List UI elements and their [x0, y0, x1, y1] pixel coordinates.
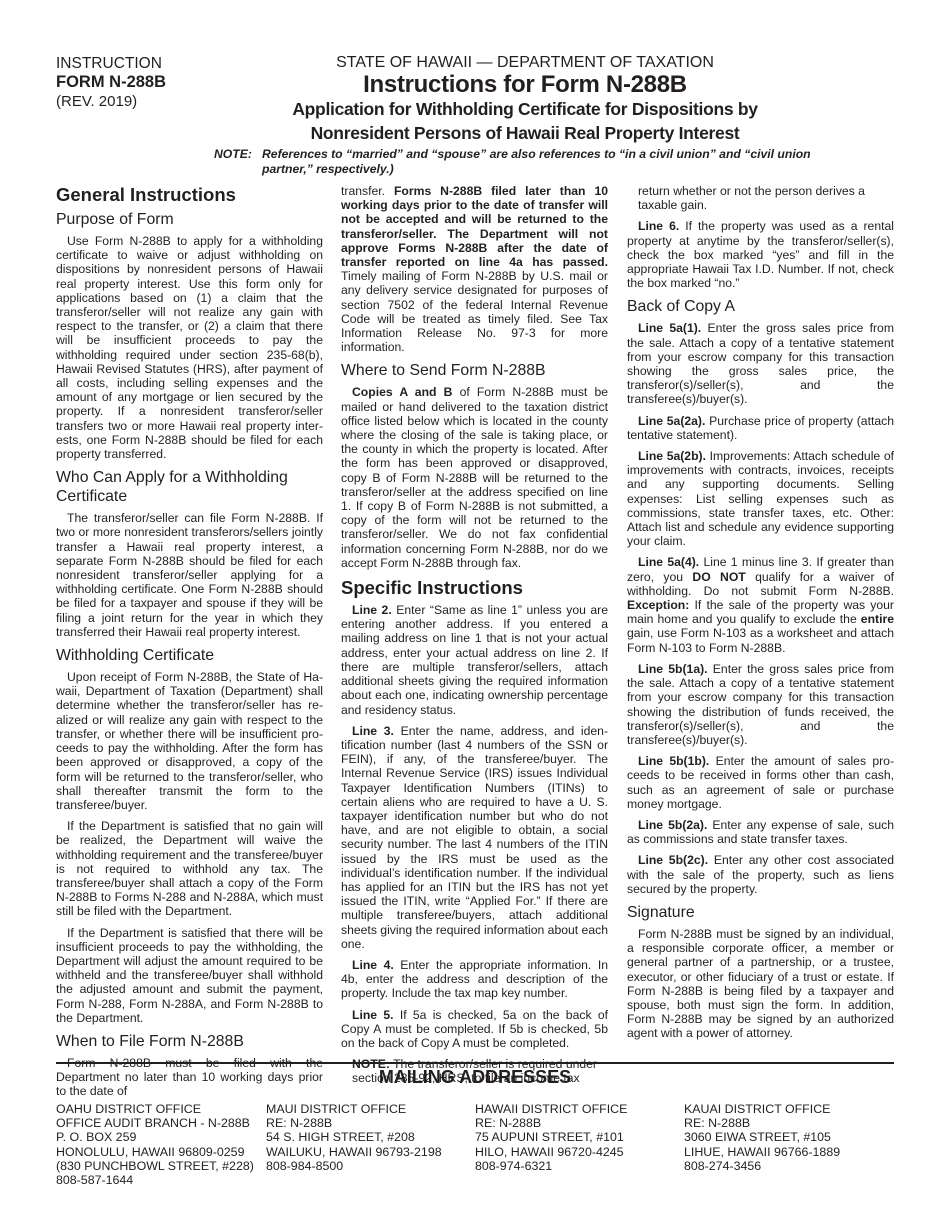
line-4-instruction: Line 4. Enter the appropriate informatio…	[341, 958, 608, 1001]
header-note: NOTE: References to “married” and “spous…	[214, 147, 824, 176]
purpose-text: Use Form N-288B to apply for a withholdi…	[56, 234, 323, 461]
address-line: LIHUE, HAWAII 96766-1889	[684, 1145, 840, 1159]
office-name: KAUAI DISTRICT OFFICE	[684, 1102, 840, 1116]
address-line: HILO, HAWAII 96720-4245	[475, 1145, 627, 1159]
address-line: RE: N-288B	[266, 1116, 442, 1130]
page-subtitle-line-2: Nonresident Persons of Hawaii Real Prope…	[240, 122, 810, 145]
withholding-certificate-p2: If the Department is satisfied that no g…	[56, 819, 323, 918]
address-line: 75 AUPUNI STREET, #101	[475, 1130, 627, 1144]
hawaii-office-address: HAWAII DISTRICT OFFICE RE: N-288B 75 AUP…	[475, 1102, 627, 1173]
withholding-certificate-p1: Upon receipt of Form N-288B, the State o…	[56, 670, 323, 812]
address-line: WAILUKU, HAWAII 96793-2198	[266, 1145, 442, 1159]
when-to-file-text-continued: transfer. Forms N-288B filed later than …	[341, 184, 608, 354]
phone-number: 808-974-6321	[475, 1159, 627, 1173]
line-5b2c-instruction: Line 5b(2c). Enter any other cost associ…	[627, 853, 894, 896]
address-line: (830 PUNCHBOWL STREET, #228)	[56, 1159, 254, 1173]
phone-number: 808-587-1644	[56, 1173, 254, 1187]
column-1: General Instructions Purpose of Form Use…	[56, 184, 323, 1106]
address-line: RE: N-288B	[684, 1116, 840, 1130]
general-instructions-heading: General Instructions	[56, 184, 323, 206]
column-3: return whether or not the person derives…	[627, 184, 894, 1048]
agency-name: STATE OF HAWAII — DEPARTMENT OF TAXATION	[240, 54, 810, 72]
line-6-instruction: Line 6. If the property was used as a re…	[627, 219, 894, 290]
line-5a4-instruction: Line 5a(4). Line 1 minus line 3. If grea…	[627, 555, 894, 654]
page-subtitle-line-1: Application for Withholding Certificate …	[240, 98, 810, 121]
column-2: transfer. Forms N-288B filed later than …	[341, 184, 608, 1093]
address-line: RE: N-288B	[475, 1116, 627, 1130]
purpose-heading: Purpose of Form	[56, 210, 323, 229]
line-5a2b-instruction: Line 5a(2b). Improvements: Attach schedu…	[627, 449, 894, 548]
line-5-instruction: Line 5. If 5a is checked, 5a on the back…	[341, 1008, 608, 1051]
office-name: HAWAII DISTRICT OFFICE	[475, 1102, 627, 1116]
address-line: HONOLULU, HAWAII 96809-0259	[56, 1145, 254, 1159]
revision-date: (REV. 2019)	[56, 92, 166, 111]
line-5b1a-instruction: Line 5b(1a). Enter the gross sales price…	[627, 662, 894, 747]
phone-number: 808-984-8500	[266, 1159, 442, 1173]
address-line: 3060 EIWA STREET, #105	[684, 1130, 840, 1144]
address-line: 54 S. HIGH STREET, #208	[266, 1130, 442, 1144]
back-of-copy-a-heading: Back of Copy A	[627, 297, 894, 316]
mailing-addresses-heading: MAILING ADDRESSES	[56, 1066, 894, 1088]
where-to-send-heading: Where to Send Form N-288B	[341, 361, 608, 380]
office-name: OAHU DISTRICT OFFICE	[56, 1102, 254, 1116]
instruction-label: INSTRUCTION	[56, 54, 166, 73]
withholding-certificate-p3: If the Department is satisfied that ther…	[56, 926, 323, 1025]
note-text: References to “married” and “spouse” are…	[262, 147, 824, 176]
maui-office-address: MAUI DISTRICT OFFICE RE: N-288B 54 S. HI…	[266, 1102, 442, 1173]
line-5b1b-instruction: Line 5b(1b). Enter the amount of sales p…	[627, 754, 894, 811]
form-identifier: INSTRUCTION FORM N-288B (REV. 2019)	[56, 54, 166, 111]
line-5a1-instruction: Line 5a(1). Enter the gross sales price …	[627, 321, 894, 406]
kauai-office-address: KAUAI DISTRICT OFFICE RE: N-288B 3060 EI…	[684, 1102, 840, 1173]
line-3-instruction: Line 3. Enter the name, address, and ide…	[341, 724, 608, 951]
note-label: NOTE:	[214, 147, 262, 176]
oahu-office-address: OAHU DISTRICT OFFICE OFFICE AUDIT BRANCH…	[56, 1102, 254, 1187]
office-name: MAUI DISTRICT OFFICE	[266, 1102, 442, 1116]
who-can-apply-heading: Who Can Apply for a Withholding Certific…	[56, 468, 323, 506]
section-divider	[56, 1062, 894, 1064]
line-2-instruction: Line 2. Enter “Same as line 1” unless yo…	[341, 603, 608, 717]
income-tax-note-continued: return whether or not the person derives…	[627, 184, 894, 212]
address-line: OFFICE AUDIT BRANCH - N-288B	[56, 1116, 254, 1130]
where-to-send-text: Copies A and B of Form N-288B must be ma…	[341, 385, 608, 570]
signature-heading: Signature	[627, 903, 894, 922]
form-number: FORM N-288B	[56, 73, 166, 92]
line-5b2a-instruction: Line 5b(2a). Enter any expense of sale, …	[627, 818, 894, 846]
phone-number: 808-274-3456	[684, 1159, 840, 1173]
page-header: STATE OF HAWAII — DEPARTMENT OF TAXATION…	[240, 54, 810, 145]
page-title: Instructions for Form N-288B	[240, 72, 810, 97]
line-5a2a-instruction: Line 5a(2a). Purchase price of property …	[627, 414, 894, 442]
address-line: P. O. BOX 259	[56, 1130, 254, 1144]
who-can-apply-text: The transferor/seller can file Form N-28…	[56, 511, 323, 639]
signature-text: Form N-288B must be signed by an individ…	[627, 927, 894, 1041]
when-to-file-heading: When to File Form N-288B	[56, 1032, 323, 1051]
withholding-certificate-heading: Withholding Certificate	[56, 646, 323, 665]
specific-instructions-heading: Specific Instructions	[341, 577, 608, 599]
